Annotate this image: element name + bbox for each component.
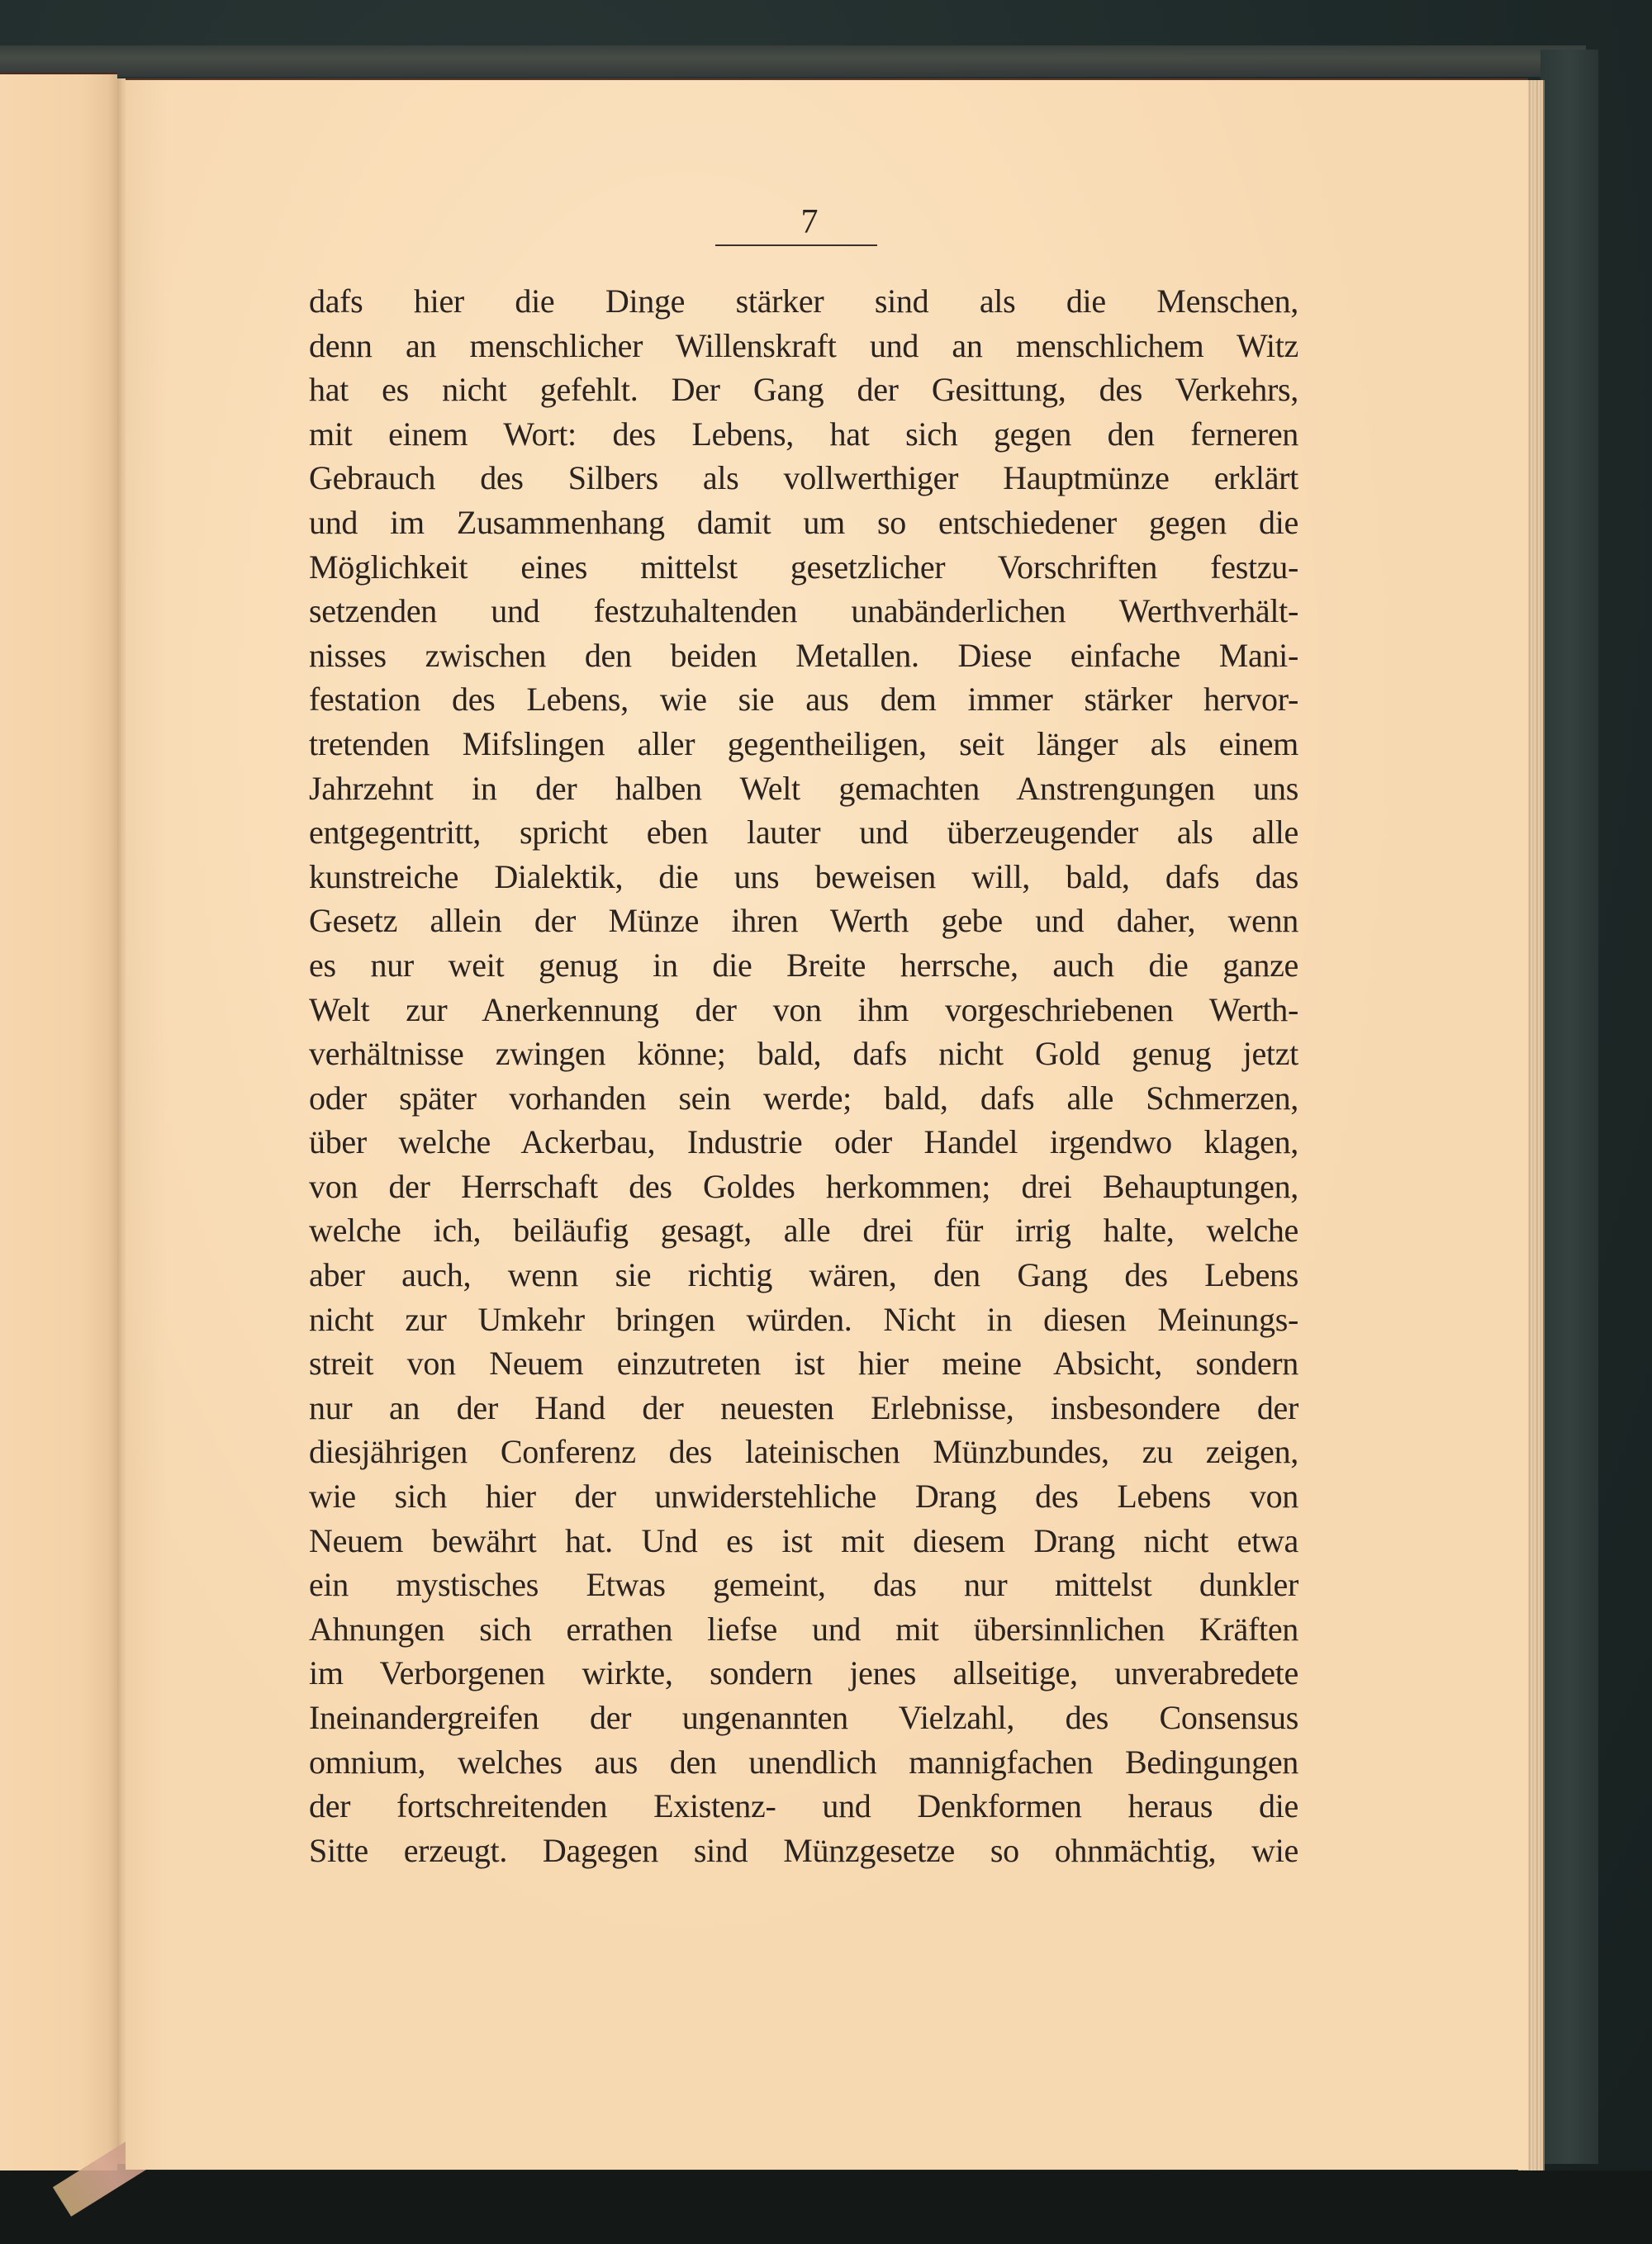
text-line: setzenden und festzuhaltenden unabänderl… <box>309 589 1298 633</box>
text-line: wie sich hier der unwiderstehliche Drang… <box>309 1474 1298 1519</box>
text-line: Jahrzehnt in der halben Welt gemachten A… <box>309 766 1298 811</box>
text-line: Gebrauch des Silbers als vollwerthiger H… <box>309 456 1298 501</box>
text-line: über welche Ackerbau, Industrie oder Han… <box>309 1120 1298 1165</box>
text-line: hat es nicht gefehlt. Der Gang der Gesit… <box>309 368 1298 412</box>
text-line: Gesetz allein der Münze ihren Werth gebe… <box>309 899 1298 943</box>
text-line: und im Zusammenhang damit um so entschie… <box>309 501 1298 545</box>
cover-top-binding <box>0 45 1586 77</box>
bottom-cover-edge <box>0 2170 1652 2244</box>
page-number-rule <box>715 244 877 246</box>
text-line: Neuem bewährt hat. Und es ist mit diesem… <box>309 1519 1298 1563</box>
page-number: 7 <box>748 205 871 240</box>
text-line: verhältnisse zwingen könne; bald, dafs n… <box>309 1032 1298 1076</box>
text-line: im Verborgenen wirkte, sondern jenes all… <box>309 1651 1298 1696</box>
text-line: denn an menschlicher Willenskraft und an… <box>309 324 1298 368</box>
text-line: ein mystisches Etwas gemeint, das nur mi… <box>309 1563 1298 1607</box>
text-line: der fortschreitenden Existenz- und Denkf… <box>309 1784 1298 1829</box>
text-line: streit von Neuem einzutreten ist hier me… <box>309 1341 1298 1386</box>
text-line: nur an der Hand der neuesten Erlebnisse,… <box>309 1386 1298 1430</box>
text-line: entgegentritt, spricht eben lauter und ü… <box>309 810 1298 855</box>
text-line: tretenden Mifslingen aller gegentheilige… <box>309 722 1298 766</box>
text-line: dafs hier die Dinge stärker sind als die… <box>309 279 1298 324</box>
text-line: diesjährigen Conferenz des lateinischen … <box>309 1430 1298 1474</box>
text-line: Ineinandergreifen der ungenannten Vielza… <box>309 1696 1298 1740</box>
text-line: kunstreiche Dialektik, die uns beweisen … <box>309 855 1298 899</box>
text-line: nisses zwischen den beiden Metallen. Die… <box>309 633 1298 678</box>
text-line: nicht zur Umkehr bringen würden. Nicht i… <box>309 1298 1298 1342</box>
body-text: dafs hier die Dinge stärker sind als die… <box>309 279 1298 1872</box>
text-line: Welt zur Anerkennung der von ihm vorgesc… <box>309 988 1298 1032</box>
text-line: von der Herrschaft des Goldes herkommen;… <box>309 1165 1298 1209</box>
text-line: oder später vorhanden sein werde; bald, … <box>309 1076 1298 1121</box>
cover-right-binding <box>1540 50 1598 2164</box>
text-line: Möglichkeit eines mittelst gesetzlicher … <box>309 545 1298 590</box>
text-line: mit einem Wort: des Lebens, hat sich geg… <box>309 412 1298 457</box>
text-line: welche ich, beiläufig gesagt, alle drei … <box>309 1208 1298 1253</box>
text-line: Sitte erzeugt. Dagegen sind Münzgesetze … <box>309 1829 1298 1873</box>
text-line: festation des Lebens, wie sie aus dem im… <box>309 677 1298 722</box>
left-page-edge <box>0 73 117 2172</box>
text-line: omnium, welches aus den unendlich mannig… <box>309 1740 1298 1785</box>
text-line: es nur weit genug in die Breite herrsche… <box>309 943 1298 988</box>
text-line: Ahnungen sich errathen liefse und mit üb… <box>309 1607 1298 1652</box>
text-line: aber auch, wenn sie richtig wären, den G… <box>309 1253 1298 1298</box>
